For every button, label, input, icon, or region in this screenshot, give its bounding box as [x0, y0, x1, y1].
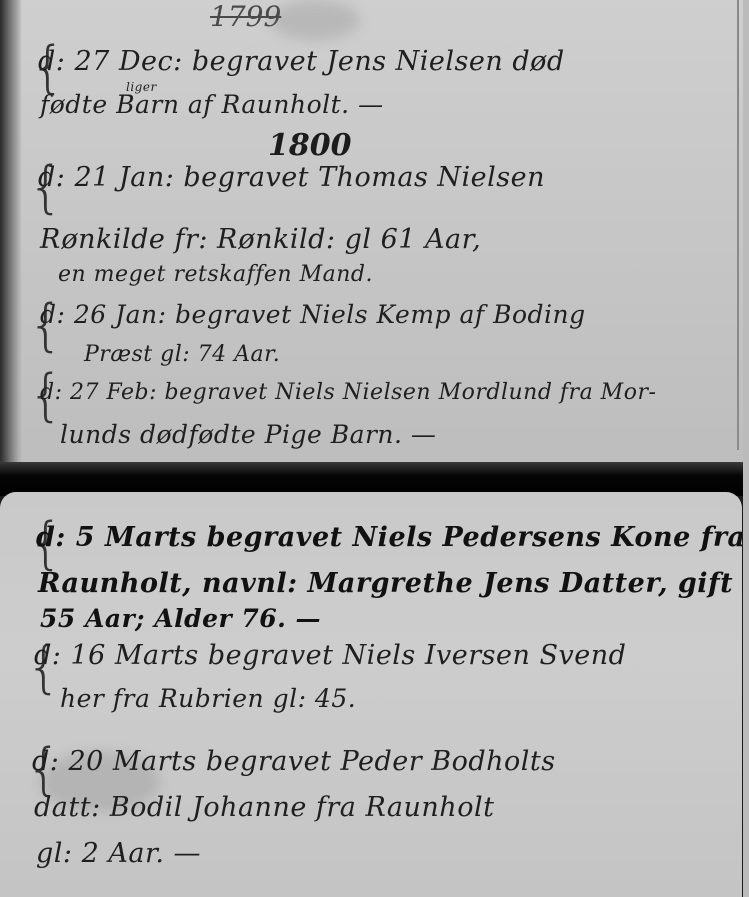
register-page-bottom: { d: 5 Marts begravet Niels Pedersens Ko… [0, 492, 742, 897]
year-heading: 1800 [268, 128, 352, 163]
entry-line: en meget retskaffen Mand. [58, 262, 373, 287]
page-divider [0, 462, 749, 496]
crossed-out-year: 1799 [210, 0, 281, 33]
entry-line: Rønkilde fr: Rønkild: gl 61 Aar, [40, 224, 481, 255]
entry-line: d: 27 Feb: begravet Niels Nielsen Mordlu… [40, 380, 656, 405]
scan-edge [743, 0, 749, 897]
entry-line: 55 Aar; Alder 76. — [40, 604, 321, 633]
entry-line: her fra Rubrien gl: 45. [60, 684, 356, 713]
entry-line: d: 5 Marts begravet Niels Pedersens Kone… [36, 522, 742, 553]
entry-line: datt: Bodil Johanne fra Raunholt [34, 792, 494, 823]
ink-smudge [270, 0, 360, 40]
entry-line: d: 20 Marts begravet Peder Bodholts [32, 746, 556, 777]
entry-line: d: 26 Jan: begravet Niels Kemp af Boding [40, 300, 586, 329]
entry-line: fødte Barn af Raunholt. — [40, 90, 384, 119]
entry-line: lunds dødfødte Pige Barn. — [60, 420, 436, 449]
entry-line: Præst gl: 74 Aar. [84, 342, 280, 367]
entry-line: d: 27 Dec: begravet Jens Nielsen død [38, 46, 565, 77]
entry-line: Raunholt, navnl: Margrethe Jens Datter, … [38, 568, 733, 599]
register-page-top: 1799 { d: 27 Dec: begravet Jens Nielsen … [0, 0, 749, 470]
entry-line: gl: 2 Aar. — [36, 838, 201, 869]
entry-line: d: 21 Jan: begravet Thomas Nielsen [38, 162, 545, 193]
entry-line: d: 16 Marts begravet Niels Iversen Svend [34, 640, 626, 671]
